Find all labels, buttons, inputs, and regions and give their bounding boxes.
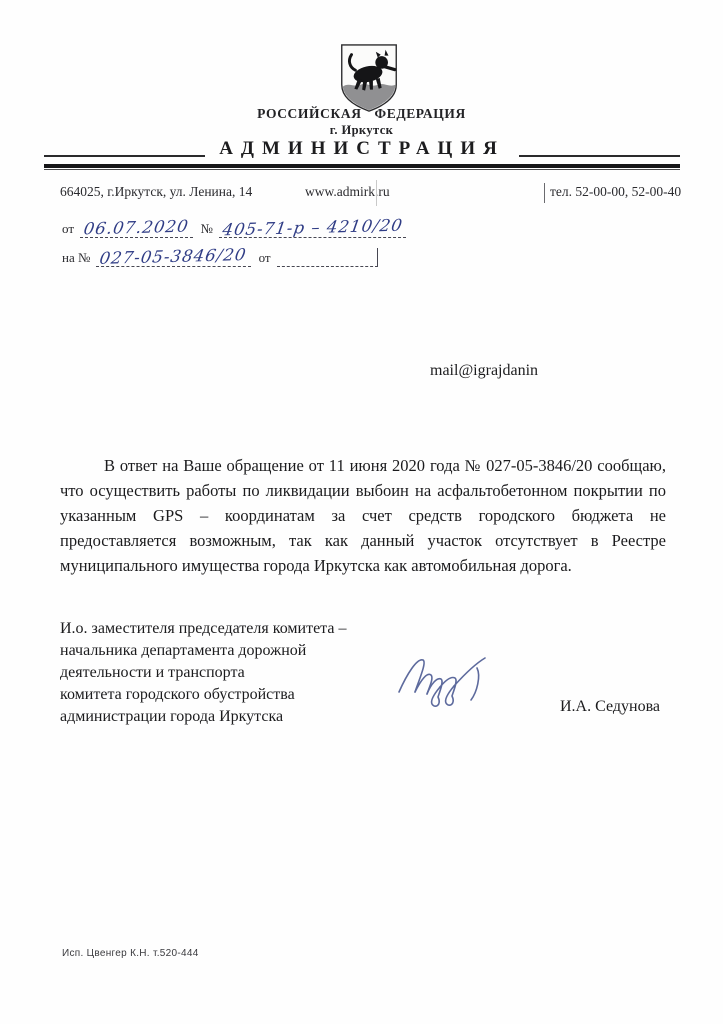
signer-position-line: деятельности и транспорта	[60, 662, 346, 684]
outgoing-number-field: 405-71-р – 4210/20	[219, 218, 407, 238]
irkutsk-coat-of-arms	[336, 42, 402, 114]
incoming-number-field: 027-05-3846/20	[96, 247, 250, 267]
reference-block: от 06.07.2020 № 405-71-р – 4210/20 на № …	[62, 218, 406, 276]
incoming-date-blank-field	[277, 248, 378, 267]
header-rule	[44, 164, 680, 170]
signer-position-line: И.о. заместителя председателя комитета –	[60, 618, 346, 640]
title-flank-line-right	[519, 155, 680, 157]
country-line: РОССИЙСКАЯ ФЕДЕРАЦИЯ	[0, 106, 723, 122]
signer-position-line: администрации города Иркутска	[60, 706, 346, 728]
header-rule-thin	[44, 169, 680, 170]
org-title: АДМИНИСТРАЦИЯ	[205, 138, 519, 160]
recipient-email: mail@igrajdanin	[430, 362, 538, 380]
contact-row: 664025, г.Иркутск, ул. Ленина, 14 www.ad…	[60, 184, 678, 206]
signer-position-block: И.о. заместителя председателя комитета –…	[60, 618, 346, 728]
phone-divider	[544, 183, 545, 203]
letterhead-divider	[376, 180, 377, 206]
outgoing-date-field: 06.07.2020	[80, 218, 192, 238]
reply-label: на №	[62, 250, 90, 267]
title-flank-line-left	[44, 155, 205, 157]
number-label: №	[201, 221, 213, 238]
executor-line: Исп. Цвенгер К.Н. т.520-444	[62, 948, 199, 959]
signer-position-line: комитета городского обустройства	[60, 684, 346, 706]
header-rule-band	[44, 164, 680, 168]
reply-from-label: от	[259, 250, 271, 267]
org-title-row: АДМИНИСТРАЦИЯ	[44, 138, 680, 160]
signer-position-line: начальника департамента дорожной	[60, 640, 346, 662]
city-line: г. Иркутск	[0, 123, 723, 138]
signer-name: И.А. Седунова	[560, 698, 660, 716]
outgoing-number-handwriting: 405-71-р – 4210/20	[221, 216, 404, 240]
scanned-letter-page: РОССИЙСКАЯ ФЕДЕРАЦИЯ г. Иркутск АДМИНИСТ…	[0, 0, 723, 1024]
from-label: от	[62, 221, 74, 238]
phone-number: тел. 52-00-00, 52-00-40	[550, 184, 681, 200]
postal-address: 664025, г.Иркутск, ул. Ленина, 14	[60, 184, 252, 200]
outgoing-ref-line: от 06.07.2020 № 405-71-р – 4210/20	[62, 218, 406, 238]
outgoing-date-handwriting: 06.07.2020	[82, 217, 190, 239]
letter-body-paragraph: В ответ на Ваше обращение от 11 июня 202…	[60, 453, 666, 578]
handwritten-signature	[393, 648, 505, 710]
incoming-ref-line: на № 027-05-3846/20 от	[62, 247, 406, 267]
incoming-number-handwriting: 027-05-3846/20	[99, 245, 249, 268]
